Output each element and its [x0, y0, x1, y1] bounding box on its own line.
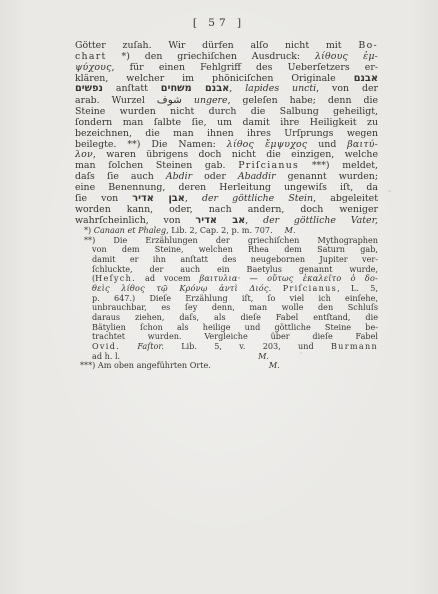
text-segment: **) Die Erzählungen der griechiſchen Myt… — [84, 235, 378, 245]
text-line: נפשים anſtatt אבנם משחים, lapides uncti,… — [75, 84, 378, 95]
text-segment: *) — [84, 225, 94, 235]
text-segment: Steine wurden nicht durch die Salbung ge… — [75, 106, 378, 117]
text-segment: M. — [269, 360, 280, 370]
text-segment: θεὶς λίθος τῷ Κρόνῳ ἀντὶ Διός. — [92, 283, 271, 293]
text-segment: bezeichnen, die man ihnen ihres Urſprung… — [75, 128, 378, 139]
text-segment: worden kann, oder, nach andern, doch wen… — [75, 204, 378, 215]
text-segment: damit er ihn anſtatt des neugebornen Jup… — [92, 254, 378, 264]
page-number: [ 57 ] — [0, 17, 438, 29]
text-segment: eine Benennung, deren Herleitung ungewiſ… — [75, 182, 378, 193]
text-segment: beilegte. **) Die Namen: — [75, 139, 227, 150]
text-line: Ovid. Faſtor. Lib. 5, v. 203, und Burman… — [84, 342, 378, 352]
text-segment: אבן אדיר — [132, 193, 185, 204]
text-segment: , — [185, 193, 202, 204]
text-segment: von dem Steine, welchen Rhea dem Saturn … — [92, 244, 378, 254]
footnotes: *) Canaan et Phaleg, Lib. 2, Cap. 2, p. … — [84, 226, 378, 371]
text-segment: λίθους ἐμ- — [315, 51, 378, 62]
text-segment: M. — [258, 351, 269, 361]
text-segment: man ſolchen Steinen gab. — [75, 160, 238, 171]
text-segment: Faſtor. — [137, 341, 164, 351]
text-segment: klären, welcher im phöniciſchen Original… — [75, 73, 354, 84]
text-segment: , abgeleitet — [313, 193, 378, 204]
text-segment: genannt wurden; — [276, 171, 378, 182]
text-segment: Canaan et Phaleg — [94, 225, 166, 235]
text-segment: Lib. 5, v. 203, und — [164, 341, 331, 351]
book-page: [ 57 ] Götter zuſah. Wir dürfen alſo nic… — [0, 0, 438, 594]
text-segment: , Lib. 2, Cap. 2, p. m. 707. — [166, 225, 273, 235]
scan-speck — [300, 352, 302, 354]
scan-speck — [177, 45, 179, 47]
text-segment: Heſych. — [95, 273, 136, 283]
text-segment: ungere — [194, 95, 228, 106]
text-segment: und — [307, 139, 347, 150]
text-segment: Priſcianus — [238, 160, 299, 171]
text-segment: arab. Wurzel — [75, 95, 157, 106]
text-segment: lapides uncti — [245, 83, 316, 94]
text-segment: Bo- — [358, 40, 378, 51]
text-segment: der göttliche Stein — [202, 193, 313, 204]
text-segment: Abaddir — [238, 171, 276, 182]
text-segment: ſchluckte, der auch ein Baetylus genannt… — [92, 264, 378, 274]
text-segment: M. — [285, 225, 296, 235]
scan-speck — [118, 330, 121, 332]
text-segment: ad h. l. — [92, 351, 120, 361]
text-segment — [182, 95, 194, 106]
text-segment: , — [229, 83, 245, 94]
text-segment: *) den griechiſchen Ausdruck: — [107, 51, 315, 62]
text-segment: شوف — [157, 94, 182, 106]
text-segment: wahrſcheinlich, von — [75, 215, 195, 226]
text-segment: Ovid. — [92, 341, 120, 351]
text-segment: Bätylien ſchon als heilige und göttliche… — [92, 322, 378, 332]
text-segment: אב אדיר — [195, 215, 245, 226]
text-segment: ψύχους — [75, 62, 112, 73]
text-segment: ſondern man ſalbte ſie, um damit ihre He… — [75, 117, 378, 128]
text-segment: , für einen Fehlgriff des Ueberſetzers e… — [112, 62, 378, 73]
text-segment: chart — [75, 51, 107, 62]
text-segment: Burmann — [331, 341, 378, 351]
text-segment: , waren übrigens doch nicht die einzigen… — [93, 149, 378, 160]
text-segment: , von der — [316, 83, 378, 94]
text-segment: ***) meldet, — [299, 160, 378, 171]
text-segment: anſtatt — [103, 83, 161, 94]
text-line: ***) Am oben angeführten Orte.M. — [80, 361, 378, 371]
main-text: Götter zuſah. Wir dürfen alſo nicht mit … — [75, 41, 378, 226]
text-segment: אבנם — [354, 73, 378, 84]
text-segment: , L. 5, — [337, 283, 378, 293]
text-segment: βαιτυλια· — οὕτως ἐκαλεῖτο ὁ δο- — [200, 273, 378, 283]
text-segment: der göttliche Vater, — [263, 215, 378, 226]
text-segment: אבנם משחים — [161, 83, 230, 94]
text-segment — [271, 283, 282, 293]
text-segment — [120, 341, 137, 351]
text-segment: , geleſen habe; denn die — [228, 95, 378, 106]
text-segment: daſs ſie auch — [75, 171, 166, 182]
text-segment: oder — [192, 171, 238, 182]
text-segment: trachtet wurden. Vergleiche über dieſe F… — [92, 331, 378, 341]
text-segment: ad vocem — [136, 273, 200, 283]
text-segment: unbrauchbar, es ſey denn, man wolle den … — [92, 302, 378, 312]
text-segment: Götter zuſah. Wir dürfen alſo nicht mit — [75, 40, 358, 51]
text-segment: ***) Am oben angeführten Orte. — [80, 360, 211, 370]
text-segment: λον — [75, 149, 93, 160]
text-segment: λίθος ἔμψυχος — [227, 139, 307, 150]
text-segment: , — [245, 215, 263, 226]
text-segment: Abdir — [166, 171, 192, 182]
text-segment: Priſcianus — [283, 283, 337, 293]
text-segment: ſie von — [75, 193, 132, 204]
scan-speck — [388, 190, 391, 192]
text-segment: daraus ziehen, daſs, als dieſe Fabel ent… — [92, 312, 378, 322]
text-segment: נפשים — [75, 83, 103, 94]
text-segment: p. 647.) Dieſe Erzählung iſt, ſo viel ic… — [92, 293, 378, 303]
text-segment: βαιτύ- — [347, 139, 378, 150]
